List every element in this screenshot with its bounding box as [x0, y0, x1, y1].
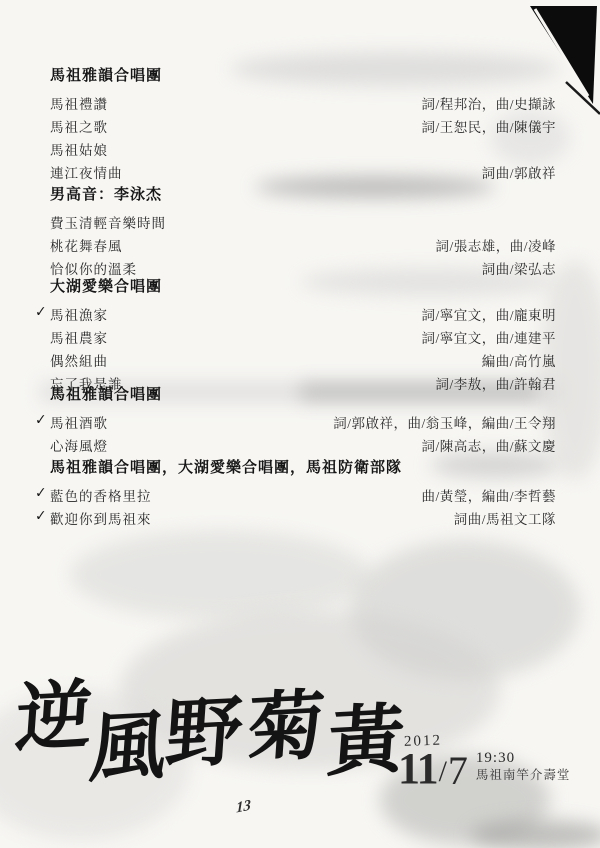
- section-heading: 馬祖雅韻合唱團: [50, 66, 556, 85]
- section-songs: 費玉清輕音樂時間 桃花舞春風 詞/張志雄，曲/凌峰 恰似你的溫柔 詞曲/梁弘志: [50, 210, 556, 279]
- event-time: 19:30: [476, 750, 571, 767]
- checkmark-icon: ✓: [35, 303, 49, 321]
- event-month: 11: [398, 746, 438, 792]
- calligraphy-char: 野: [163, 694, 245, 774]
- song-row: 偶然組曲 編曲/高竹嵐: [50, 348, 556, 371]
- song-credits: 詞/郭啟祥，曲/翁玉峰，編曲/王令翔: [333, 412, 556, 432]
- song-title: 歡迎你到馬祖來: [50, 508, 152, 528]
- song-title: 心海風燈: [50, 435, 108, 455]
- checkmark-icon: [35, 257, 49, 258]
- calligraphy-char: 逆: [13, 678, 95, 758]
- section-heading: 男高音：李泳杰: [50, 185, 556, 204]
- calligraphy-char: 風: [87, 708, 169, 788]
- song-title: 馬祖之歌: [50, 116, 108, 136]
- song-credits: 編曲/高竹嵐: [482, 350, 556, 370]
- calligraphy-char: 黃: [325, 702, 407, 782]
- song-title: 馬祖農家: [50, 327, 108, 347]
- song-title: 馬祖漁家: [50, 304, 108, 324]
- checkmark-icon: ✓: [35, 484, 49, 502]
- song-credits: 詞/張志雄，曲/凌峰: [435, 235, 556, 255]
- song-title: 馬祖禮讚: [50, 93, 108, 113]
- song-row: ✓ 歡迎你到馬祖來 詞曲/馬祖文工隊: [50, 506, 556, 529]
- song-row: 馬祖禮讚 詞/程邦治，曲/史擷詠: [50, 91, 556, 114]
- section-songs: ✓ 馬祖酒歌 詞/郭啟祥，曲/翁玉峰，編曲/王令翔 心海風燈 詞/陳高志，曲/蘇…: [50, 410, 556, 456]
- corner-fold-artifact: [522, 0, 600, 120]
- song-credits: 詞/寧宜文，曲/龐東明: [421, 304, 556, 324]
- song-row: ✓ 藍色的香格里拉 曲/黃瑩，編曲/李哲藝: [50, 483, 556, 506]
- song-row: 馬祖之歌 詞/王恕民，曲/陳儀宇: [50, 114, 556, 137]
- song-row: 恰似你的溫柔 詞曲/梁弘志: [50, 256, 556, 279]
- handwritten-page-number: 13: [236, 797, 251, 817]
- checkmark-icon: ✓: [35, 507, 49, 525]
- checkmark-icon: [35, 161, 49, 162]
- song-row: 桃花舞春風 詞/張志雄，曲/凌峰: [50, 233, 556, 256]
- section-heading: 馬祖雅韻合唱團，大湖愛樂合唱團，馬祖防衛部隊: [50, 458, 556, 477]
- calligraphy-title: 逆 風 野 菊 黃: [16, 676, 404, 752]
- checkmark-icon: [35, 326, 49, 327]
- calligraphy-char: 菊: [245, 688, 327, 768]
- checkmark-icon: [35, 349, 49, 350]
- song-title: 桃花舞春風: [50, 235, 123, 255]
- checkmark-icon: [35, 92, 49, 93]
- program-section: 馬祖雅韻合唱團 馬祖禮讚 詞/程邦治，曲/史擷詠 馬祖之歌 詞/王恕民，曲/陳儀…: [50, 66, 556, 183]
- song-title: 偶然組曲: [50, 350, 108, 370]
- song-credits: 詞曲/郭啟祥: [482, 162, 556, 182]
- song-row: ✓ 馬祖漁家 詞/寧宜文，曲/龐東明: [50, 302, 556, 325]
- checkmark-icon: ✓: [35, 411, 49, 429]
- program-section: 馬祖雅韻合唱團 ✓ 馬祖酒歌 詞/郭啟祥，曲/翁玉峰，編曲/王令翔 心海風燈 詞…: [50, 385, 556, 456]
- section-songs: 馬祖禮讚 詞/程邦治，曲/史擷詠 馬祖之歌 詞/王恕民，曲/陳儀宇 馬祖姑娘 連…: [50, 91, 556, 183]
- event-day: 7: [448, 746, 468, 796]
- song-credits: 曲/黃瑩，編曲/李哲藝: [421, 485, 556, 505]
- section-heading: 大湖愛樂合唱團: [50, 277, 556, 296]
- checkmark-icon: [35, 138, 49, 139]
- song-title: 費玉清輕音樂時間: [50, 212, 166, 232]
- section-songs: ✓ 馬祖漁家 詞/寧宜文，曲/龐東明 馬祖農家 詞/寧宜文，曲/連建平 偶然組曲…: [50, 302, 556, 394]
- checkmark-icon: [35, 211, 49, 212]
- section-songs: ✓ 藍色的香格里拉 曲/黃瑩，編曲/李哲藝 ✓ 歡迎你到馬祖來 詞曲/馬祖文工隊: [50, 483, 556, 529]
- song-credits: 詞曲/馬祖文工隊: [454, 508, 556, 528]
- song-row: 連江夜情曲 詞曲/郭啟祥: [50, 160, 556, 183]
- checkmark-icon: [35, 234, 49, 235]
- song-row: 心海風燈 詞/陳高志，曲/蘇文慶: [50, 433, 556, 456]
- event-venue: 馬祖南竿介壽堂: [476, 767, 571, 783]
- song-row: ✓ 馬祖酒歌 詞/郭啟祥，曲/翁玉峰，編曲/王令翔: [50, 410, 556, 433]
- program-section: 男高音：李泳杰 費玉清輕音樂時間 桃花舞春風 詞/張志雄，曲/凌峰 恰似你的溫柔…: [50, 185, 556, 279]
- checkmark-icon: [35, 372, 49, 373]
- song-title: 馬祖姑娘: [50, 139, 108, 159]
- song-row: 馬祖姑娘: [50, 137, 556, 160]
- song-row: 馬祖農家 詞/寧宜文，曲/連建平: [50, 325, 556, 348]
- song-credits: 詞/陳高志，曲/蘇文慶: [421, 435, 556, 455]
- checkmark-icon: [35, 115, 49, 116]
- program-section: 大湖愛樂合唱團 ✓ 馬祖漁家 詞/寧宜文，曲/龐東明 馬祖農家 詞/寧宜文，曲/…: [50, 277, 556, 394]
- song-credits: 詞/寧宜文，曲/連建平: [421, 327, 556, 347]
- song-title: 恰似你的溫柔: [50, 258, 137, 278]
- song-title: 藍色的香格里拉: [50, 485, 152, 505]
- event-dateblock: 2012 11 / 7 19:30 馬祖南竿介壽堂: [398, 731, 570, 798]
- song-row: 費玉清輕音樂時間: [50, 210, 556, 233]
- song-credits: 詞曲/梁弘志: [482, 258, 556, 278]
- song-title: 連江夜情曲: [50, 162, 123, 182]
- checkmark-icon: [35, 434, 49, 435]
- song-title: 馬祖酒歌: [50, 412, 108, 432]
- date-separator: /: [439, 746, 447, 798]
- section-heading: 馬祖雅韻合唱團: [50, 385, 556, 404]
- program-section: 馬祖雅韻合唱團，大湖愛樂合唱團，馬祖防衛部隊 ✓ 藍色的香格里拉 曲/黃瑩，編曲…: [50, 458, 556, 529]
